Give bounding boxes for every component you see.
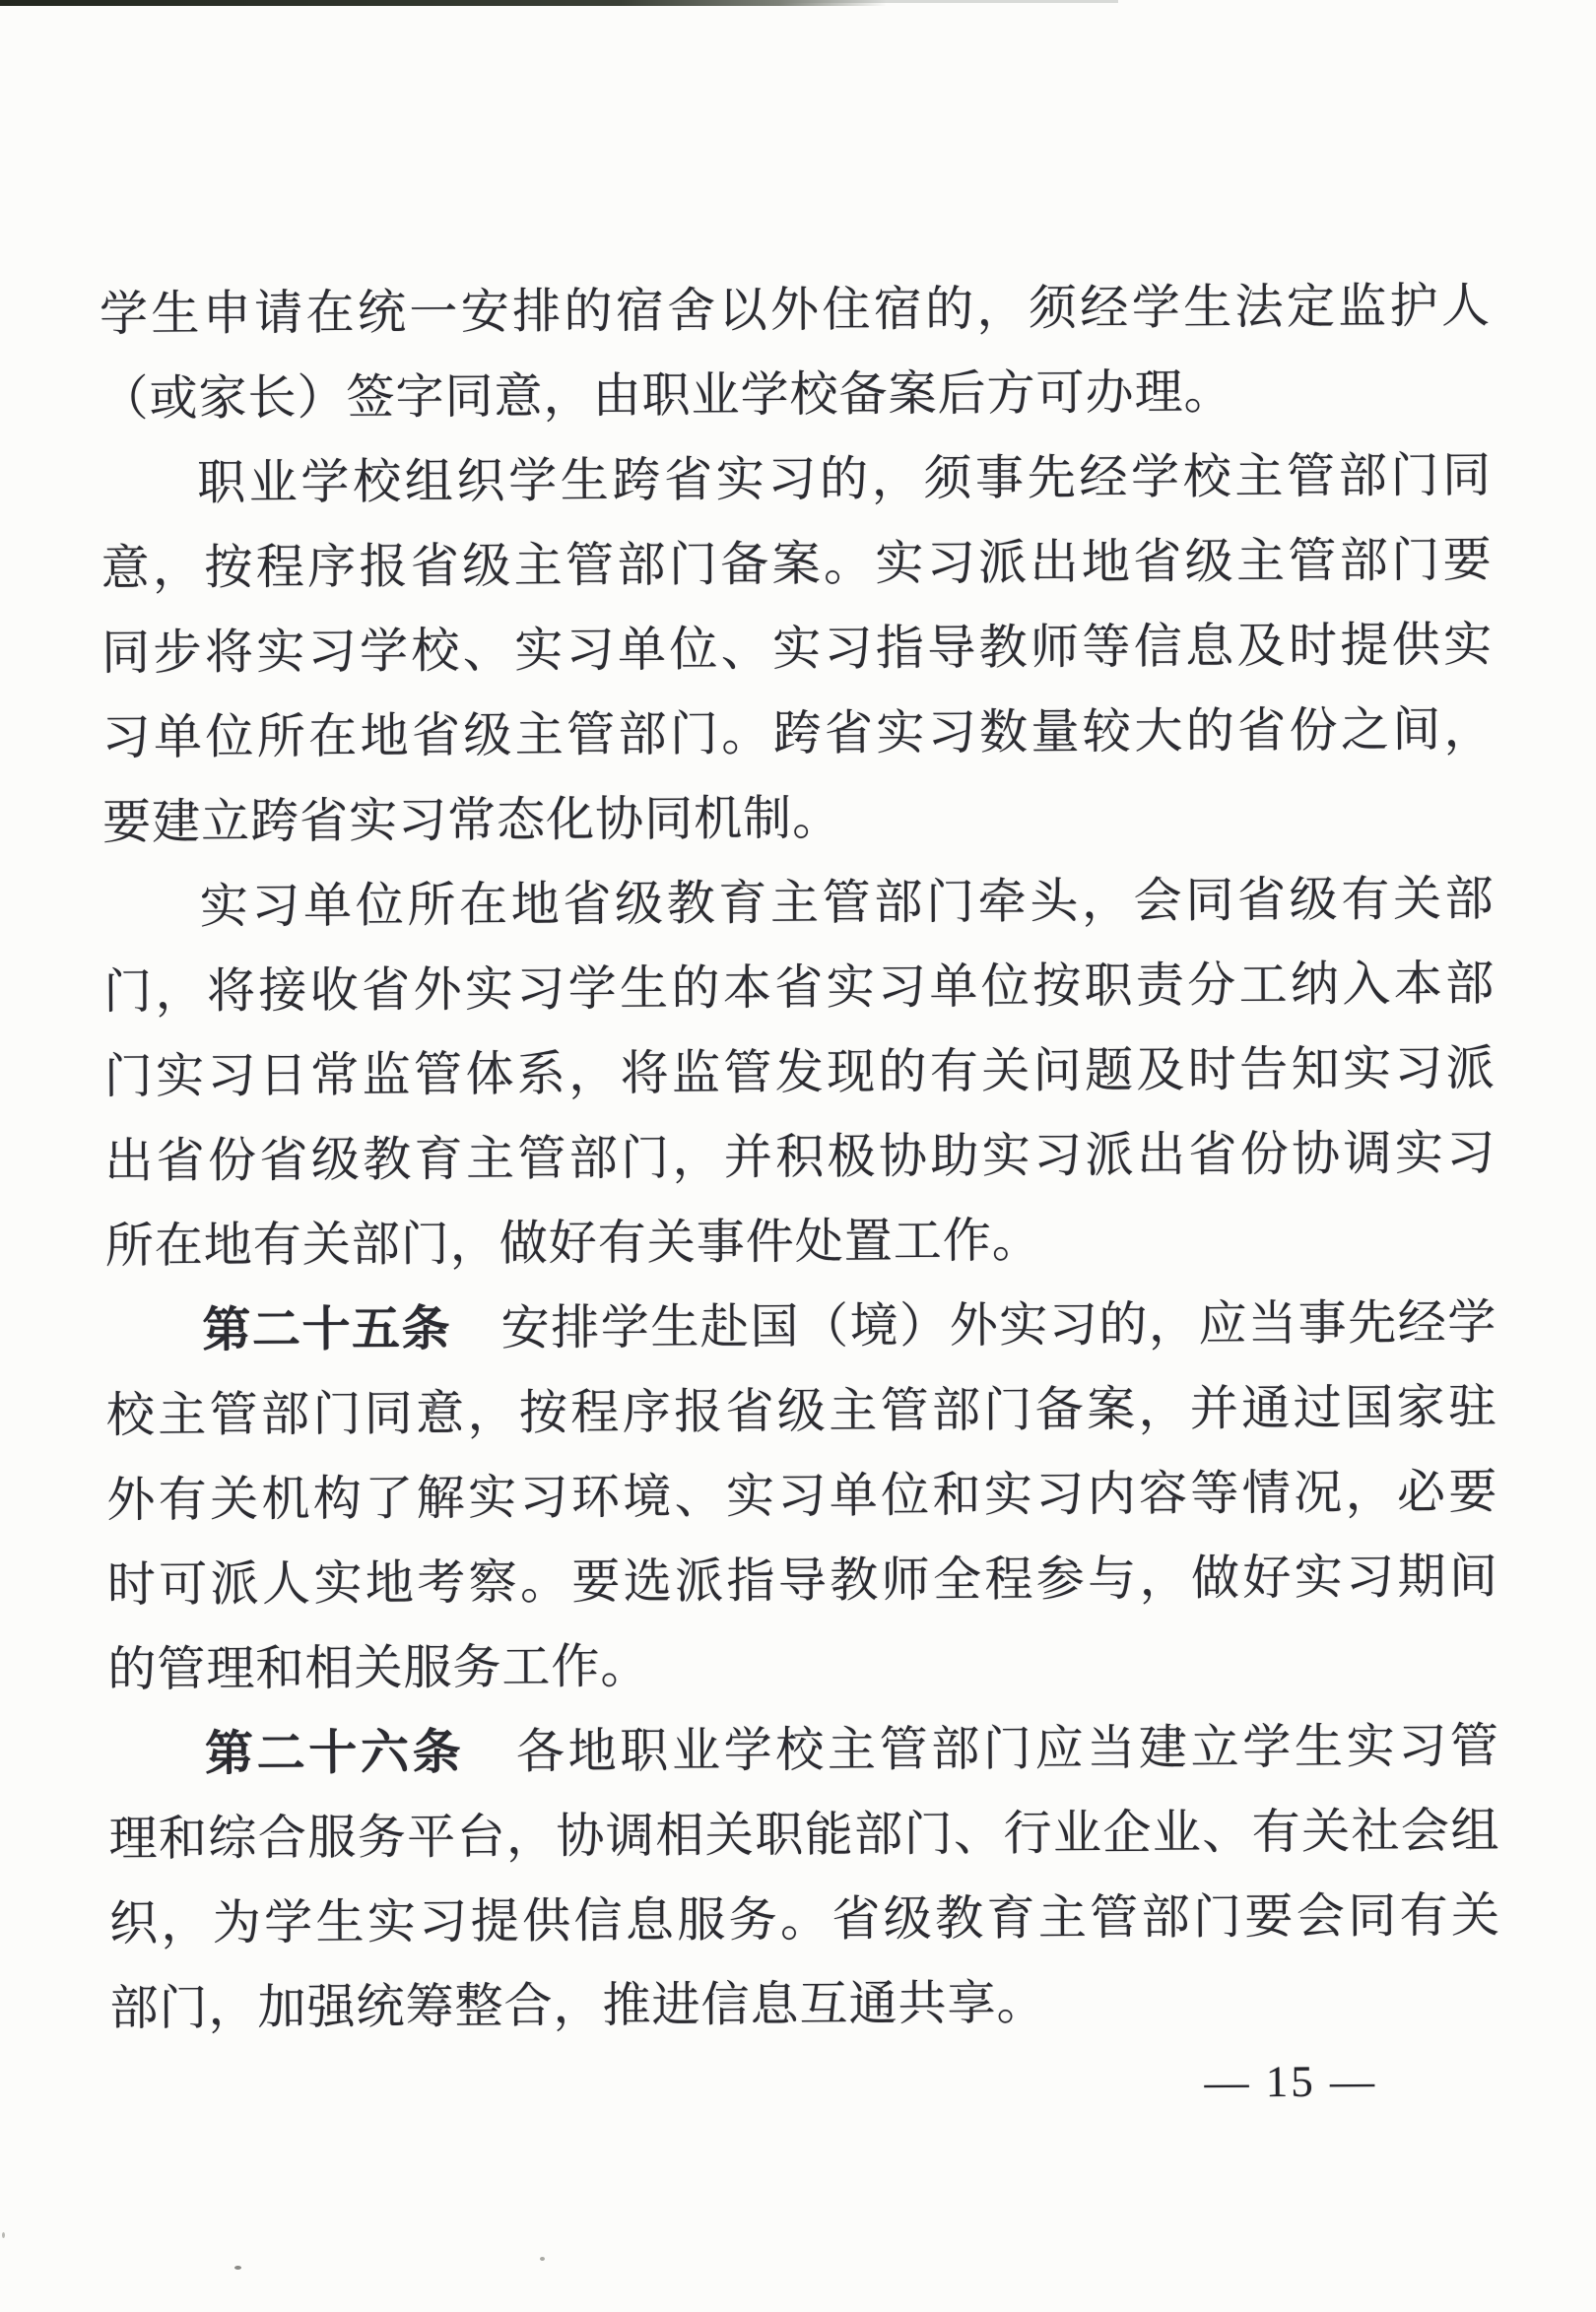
text-run: 实习单位所在地省级教育主管部门牵头，会同省级有关部 [200, 872, 1495, 934]
text-run: 理和综合服务平台，协调相关职能部门、行业企业、有关社会组 [108, 1804, 1499, 1867]
text-run: 的管理和相关服务工作。 [107, 1639, 649, 1696]
text-line: 职业学校组织学生跨省实习的，须事先经学校主管部门同 [100, 433, 1492, 527]
text-line: 外有关机构了解实习环境、实习单位和实习内容等情况，必要 [106, 1450, 1497, 1544]
text-run: 学生申请在统一安排的宿舍以外住宿的，须经学生法定监护人 [100, 279, 1491, 342]
text-run: 出省份省级教育主管部门，并积极协助实习派出省份协调实习 [104, 1126, 1496, 1189]
text-run: 习单位所在地省级主管部门。跨省实习数量较大的省份之间， [102, 702, 1494, 765]
document-text: 学生申请在统一安排的宿舍以外住宿的，须经学生法定监护人（或家长）签字同意，由职业… [100, 264, 1501, 2052]
text-line: 时可派人实地考察。要选派指导教师全程参与，做好实习期间 [107, 1535, 1498, 1628]
article-number: 第二十六条 [205, 1725, 465, 1781]
text-line: 所在地有关部门，做好有关事件处置工作。 [105, 1196, 1496, 1289]
text-line: 理和综合服务平台，协调相关职能部门、行业企业、有关社会组 [108, 1789, 1499, 1883]
text-line: 织，为学生实习提供信息服务。省级教育主管部门要会同有关 [109, 1874, 1500, 1967]
text-line: 习单位所在地省级主管部门。跨省实习数量较大的省份之间， [101, 688, 1493, 781]
scan-speck-artifact [2, 2232, 5, 2238]
text-line: 第二十五条 安排学生赴国（境）外实习的，应当事先经学 [105, 1281, 1496, 1374]
text-line: 实习单位所在地省级教育主管部门牵头，会同省级有关部 [102, 857, 1494, 951]
scanned-document-page: 学生申请在统一安排的宿舍以外住宿的，须经学生法定监护人（或家长）签字同意，由职业… [0, 0, 1596, 2312]
text-run: 要建立跨省实习常态化协同机制。 [102, 791, 841, 850]
text-run: 门，将接收省外实习学生的本省实习单位按职责分工纳入本部 [103, 957, 1495, 1020]
text-run: 外有关机构了解实习环境、实习单位和实习内容等情况，必要 [106, 1465, 1497, 1528]
text-line: 校主管部门同意，按程序报省级主管部门备案，并通过国家驻 [106, 1365, 1497, 1459]
text-line: 学生申请在统一安排的宿舍以外住宿的，须经学生法定监护人 [100, 264, 1491, 358]
text-run: （或家长）签字同意，由职业学校备案后方可办理。 [100, 364, 1232, 426]
text-line: 要建立跨省实习常态化协同机制。 [102, 772, 1494, 866]
text-run: 门实习日常监管体系，将监管发现的有关问题及时告知实习派 [104, 1041, 1496, 1104]
text-line: 第二十六条 各地职业学校主管部门应当建立学生实习管 [108, 1704, 1499, 1798]
text-line: 部门，加强统筹整合，推进信息互通共享。 [109, 1958, 1500, 2052]
article-number: 第二十五条 [202, 1301, 451, 1357]
text-run: 安排学生赴国（境）外实习的，应当事先经学 [451, 1295, 1497, 1355]
text-line: 的管理和相关服务工作。 [107, 1619, 1498, 1713]
text-run: 各地职业学校主管部门应当建立学生实习管 [464, 1719, 1499, 1779]
text-run: 职业学校组织学生跨省实习的，须事先经学校主管部门同 [197, 448, 1492, 510]
scan-speck-artifact [234, 2266, 241, 2270]
text-run: 时可派人实地考察。要选派指导教师全程参与，做好实习期间 [107, 1550, 1498, 1613]
text-run: 校主管部门同意，按程序报省级主管部门备案，并通过国家驻 [106, 1380, 1497, 1443]
text-run: 同步将实习学校、实习单位、实习指导教师等信息及时提供实 [101, 618, 1493, 681]
text-run: 意，按程序报省级主管部门备案。实习派出地省级主管部门要 [100, 533, 1492, 596]
page-number: — 15 — [1204, 2055, 1377, 2107]
page-content: 学生申请在统一安排的宿舍以外住宿的，须经学生法定监护人（或家长）签字同意，由职业… [0, 0, 1596, 2312]
text-line: 出省份省级教育主管部门，并积极协助实习派出省份协调实习 [104, 1111, 1496, 1205]
text-line: 意，按程序报省级主管部门备案。实习派出地省级主管部门要 [100, 518, 1492, 612]
scan-speck-artifact [540, 2257, 545, 2261]
text-line: 同步将实习学校、实习单位、实习指导教师等信息及时提供实 [101, 603, 1493, 696]
text-line: （或家长）签字同意，由职业学校备案后方可办理。 [100, 349, 1491, 442]
text-run: 部门，加强统筹整合，推进信息互通共享。 [109, 1975, 1045, 2035]
text-run: 所在地有关部门，做好有关事件处置工作。 [105, 1213, 1041, 1273]
text-line: 门，将接收省外实习学生的本省实习单位按职责分工纳入本部 [103, 942, 1495, 1035]
text-run: 织，为学生实习提供信息服务。省级教育主管部门要会同有关 [109, 1888, 1500, 1951]
text-line: 门实习日常监管体系，将监管发现的有关问题及时告知实习派 [104, 1026, 1496, 1120]
